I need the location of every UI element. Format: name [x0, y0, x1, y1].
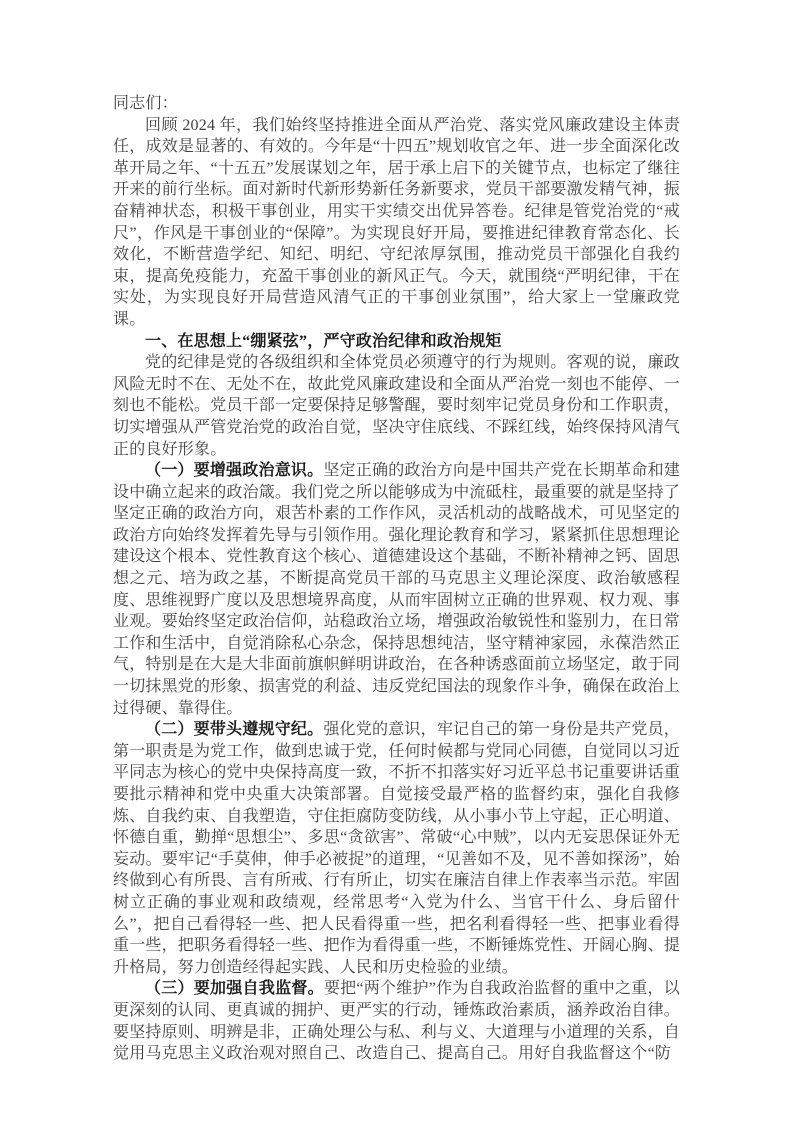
point-1-text: 坚定正确的政治方向是中国共产党在长期革命和建设中确立起来的政治箴。我们党之所以能…	[113, 462, 680, 717]
point-paragraph-3: （三）要加强自我监督。要把“两个维护”作为自我政治监督的重中之重，以更深刻的认同…	[113, 978, 680, 1064]
intro-paragraph: 回顾 2024 年，我们始终坚持推进全面从严治党、落实党风廉政建设主体责任，成效…	[113, 115, 680, 331]
section-intro-paragraph: 党的纪律是党的各级组织和全体党员必须遵守的行为规则。客观的说，廉政风险无时不在、…	[113, 352, 680, 460]
salutation: 同志们：	[113, 93, 680, 115]
section-heading: 一、在思想上“绷紧弦”，严守政治纪律和政治规矩	[113, 331, 680, 353]
point-3-lead: （三）要加强自我监督。	[145, 980, 324, 997]
document-content: 同志们： 回顾 2024 年，我们始终坚持推进全面从严治党、落实党风廉政建设主体…	[113, 93, 680, 1065]
point-paragraph-2: （二）要带头遵规守纪。强化党的意识，牢记自己的第一身份是共产党员，第一职责是为党…	[113, 719, 680, 978]
point-1-lead: （一）要增强政治意识。	[145, 462, 323, 479]
point-2-lead: （二）要带头遵规守纪。	[145, 721, 323, 738]
document-page: 同志们： 回顾 2024 年，我们始终坚持推进全面从严治党、落实党风廉政建设主体…	[0, 0, 793, 1122]
point-paragraph-1: （一）要增强政治意识。坚定正确的政治方向是中国共产党在长期革命和建设中确立起来的…	[113, 460, 680, 719]
point-2-text: 强化党的意识，牢记自己的第一身份是共产党员，第一职责是为党工作，做到忠诚于党，任…	[113, 721, 680, 976]
